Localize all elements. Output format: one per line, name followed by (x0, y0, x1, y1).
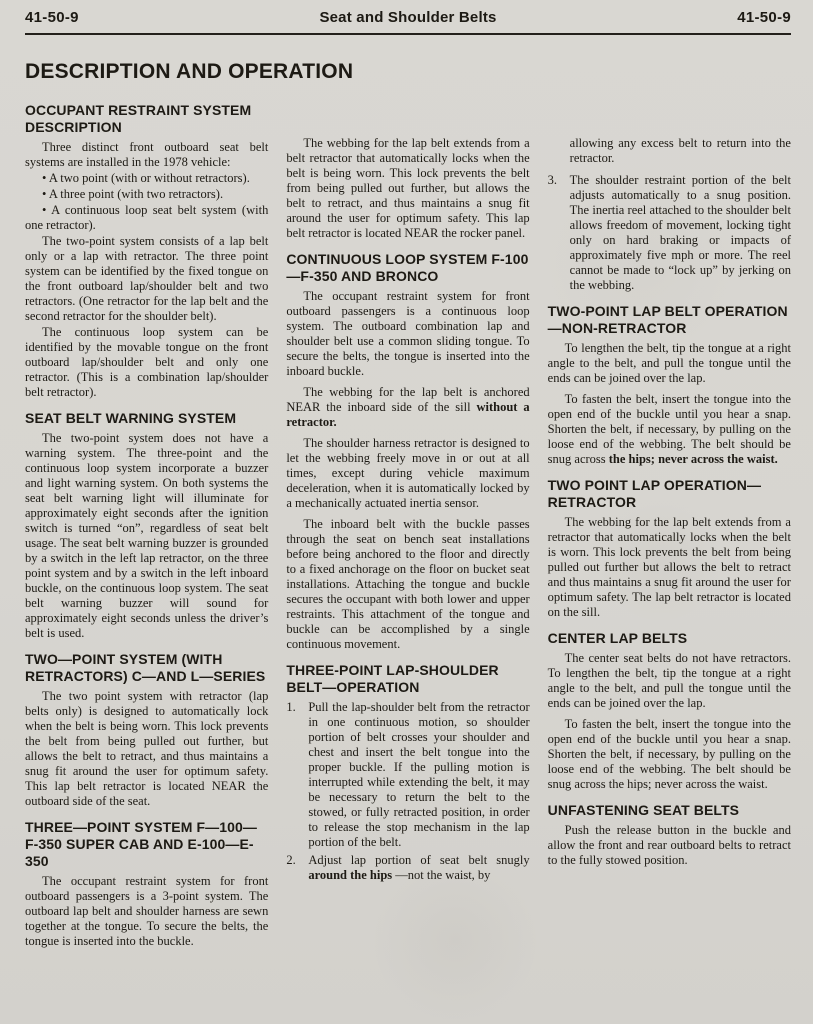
column-1: OCCUPANT RESTRAINT SYSTEM DESCRIPTIONThr… (25, 92, 268, 950)
page-number-right: 41-50-9 (497, 9, 791, 26)
section-heading: UNFASTENING SEAT BELTS (548, 802, 791, 819)
bullet-item: • A three point (with two retractors). (25, 187, 268, 202)
paragraph: Three distinct front outboard seat belt … (25, 140, 268, 170)
main-heading: DESCRIPTION AND OPERATION (25, 60, 791, 84)
item-text: The shoulder restraint portion of the be… (570, 173, 791, 292)
paragraph: Push the release button in the buckle an… (548, 823, 791, 868)
paragraph: The webbing for the lap belt extends fro… (548, 515, 791, 620)
item-number: 3. (548, 173, 557, 188)
section-heading: THREE-POINT LAP-SHOULDER BELT—OPERATION (286, 662, 529, 696)
page-number-left: 41-50-9 (25, 9, 319, 26)
page-header: 41-50-9 Seat and Shoulder Belts 41-50-9 (25, 6, 791, 26)
bullet-item: • A two point (with or without retractor… (25, 171, 268, 186)
page-title: Seat and Shoulder Belts (319, 9, 496, 26)
bullet-item: • A continuous loop seat belt system (wi… (25, 203, 268, 233)
section-heading: THREE—POINT SYSTEM F—100— F-350 SUPER CA… (25, 819, 268, 870)
paragraph: The occupant restraint system for front … (286, 289, 529, 379)
section-heading: CENTER LAP BELTS (548, 630, 791, 647)
numbered-item: 2.Adjust lap portion of seat belt snugly… (286, 853, 529, 883)
section-heading: CONTINUOUS LOOP SYSTEM F-100—F-350 AND B… (286, 251, 529, 285)
item-number: 2. (286, 853, 295, 868)
numbered-item: 1.Pull the lap-shoulder belt from the re… (286, 700, 529, 850)
paragraph: The webbing for the lap belt is anchored… (286, 385, 529, 430)
item-text: Adjust lap portion of seat belt snugly a… (308, 853, 529, 882)
item-text: Pull the lap-shoulder belt from the retr… (308, 700, 529, 849)
paragraph: To lengthen the belt, tip the tongue at … (548, 341, 791, 386)
section-heading: OCCUPANT RESTRAINT SYSTEM DESCRIPTION (25, 102, 268, 136)
columns: OCCUPANT RESTRAINT SYSTEM DESCRIPTIONThr… (25, 92, 791, 950)
list-continuation: allowing any excess belt to return into … (548, 136, 791, 166)
section-heading: TWO-POINT LAP BELT OPERATION—NON-RETRACT… (548, 303, 791, 337)
section-heading: TWO—POINT SYSTEM (WITH RETRACTORS) C—AND… (25, 651, 268, 685)
header-rule (25, 33, 791, 35)
paragraph: The continuous loop system can be identi… (25, 325, 268, 400)
section-heading: TWO POINT LAP OPERATION— RETRACTOR (548, 477, 791, 511)
column-2: The webbing for the lap belt extends fro… (286, 92, 529, 950)
manual-page: 41-50-9 Seat and Shoulder Belts 41-50-9 … (0, 0, 813, 1024)
paragraph: The shoulder harness retractor is design… (286, 436, 529, 511)
paragraph: The two-point system consists of a lap b… (25, 234, 268, 324)
paragraph: The occupant restraint system for front … (25, 874, 268, 949)
item-number: 1. (286, 700, 295, 715)
paragraph: To fasten the belt, insert the tongue in… (548, 392, 791, 467)
column-3: allowing any excess belt to return into … (548, 92, 791, 950)
paragraph: The webbing for the lap belt extends fro… (286, 136, 529, 241)
paragraph: The inboard belt with the buckle passes … (286, 517, 529, 652)
paragraph: The center seat belts do not have retrac… (548, 651, 791, 711)
paragraph: The two-point system does not have a war… (25, 431, 268, 641)
section-heading: SEAT BELT WARNING SYSTEM (25, 410, 268, 427)
paragraph: To fasten the belt, insert the tongue in… (548, 717, 791, 792)
numbered-item: 3.The shoulder restraint portion of the … (548, 173, 791, 293)
paragraph: The two point system with retractor (lap… (25, 689, 268, 809)
